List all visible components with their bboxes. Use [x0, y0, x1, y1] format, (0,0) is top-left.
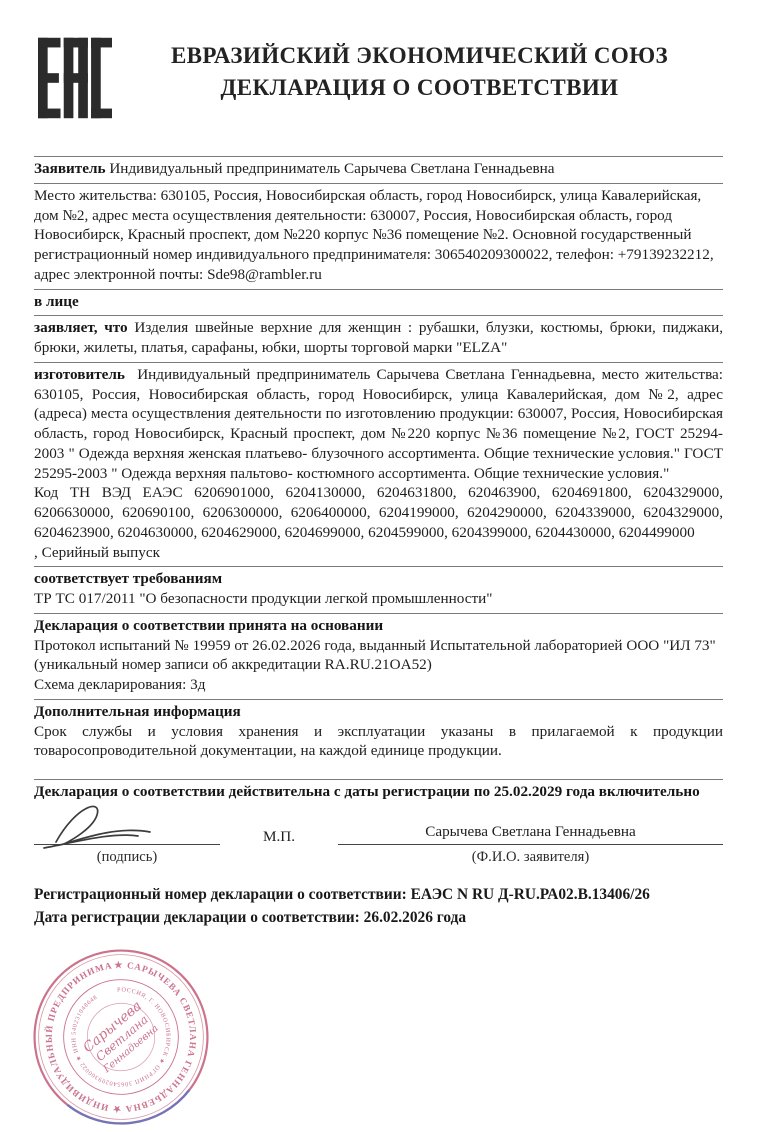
additional-label: Дополнительная информация [34, 703, 241, 720]
signature-line [34, 810, 220, 845]
reg-number-label: Регистрационный номер декларации о соотв… [34, 886, 407, 903]
additional-value: Срок службы и условия хранения и эксплуа… [34, 722, 723, 762]
basis-value: Протокол испытаний № 19959 от 26.02.2026… [34, 636, 723, 676]
declaration-page: ЕВРАЗИЙСКИЙ ЭКОНОМИЧЕСКИЙ СОЮЗ ДЕКЛАРАЦИ… [0, 0, 757, 929]
signer-name-caption: (Ф.И.О. заявителя) [338, 845, 723, 867]
declares-label: заявляет, что [34, 319, 128, 336]
manufacturer-label: изготовитель [34, 366, 125, 383]
complies-row: соответствует требованиям ТР ТС 017/2011… [34, 566, 723, 613]
signer-name-line: Сарычева Светлана Геннадьевна [338, 810, 723, 845]
applicant-value: Индивидуальный предприниматель Сарычева … [109, 160, 554, 177]
handwritten-signature-icon [42, 798, 192, 850]
title-declaration: ДЕКЛАРАЦИЯ О СООТВЕТСТВИИ [116, 72, 723, 104]
signature-block: (подпись) М.П. Сарычева Светлана Геннадь… [34, 810, 723, 867]
basis-label: Декларация о соответствии принята на осн… [34, 617, 383, 634]
applicant-row: Заявитель Индивидуальный предприниматель… [34, 156, 723, 183]
tn-ved-codes: Код ТН ВЭД ЕАЭС 6206901000, 6204130000, … [34, 483, 723, 542]
document-header: ЕВРАЗИЙСКИЙ ЭКОНОМИЧЕСКИЙ СОЮЗ ДЕКЛАРАЦИ… [34, 34, 723, 122]
manufacturer-value: Индивидуальный предприниматель Сарычева … [34, 366, 723, 482]
reg-number-line: Регистрационный номер декларации о соотв… [34, 883, 723, 906]
additional-info-row: Дополнительная информация Срок службы и … [34, 699, 723, 765]
complies-value: ТР ТС 017/2011 "О безопасности продукции… [34, 589, 723, 609]
spacer [34, 867, 723, 883]
stamp-place-label: М.П. [220, 827, 338, 867]
manufacturer-row: изготовитель Индивидуальный предпринимат… [34, 362, 723, 567]
in-person-label: в лице [34, 293, 79, 310]
declares-value: Изделия швейные верхние для женщин : руб… [34, 319, 723, 356]
page-title: ЕВРАЗИЙСКИЙ ЭКОНОМИЧЕСКИЙ СОЮЗ ДЕКЛАРАЦИ… [116, 34, 723, 104]
declares-row: заявляет, что Изделия швейные верхние дл… [34, 315, 723, 362]
basis-row: Декларация о соответствии принята на осн… [34, 613, 723, 699]
eac-logo-svg [38, 34, 112, 122]
reg-date-label: Дата регистрации декларации о соответств… [34, 909, 360, 926]
registration-footer: Регистрационный номер декларации о соотв… [34, 883, 723, 929]
signer-name: Сарычева Светлана Геннадьевна [338, 822, 723, 842]
document-body: Заявитель Индивидуальный предприниматель… [34, 156, 723, 929]
spacer [34, 765, 723, 779]
serial-release: , Серийный выпуск [34, 543, 723, 563]
reg-number-value: ЕАЭС N RU Д-RU.РА02.В.13406/26 [411, 886, 650, 903]
scheme-value: Схема декларирования: 3д [34, 675, 723, 695]
applicant-label: Заявитель [34, 160, 106, 177]
in-person-row: в лице [34, 289, 723, 316]
signature-area: (подпись) [34, 810, 220, 867]
complies-label: соответствует требованиям [34, 570, 222, 587]
round-stamp: ★ САРЫЧЕВА СВЕТЛАНА ГЕННАДЬЕВНА ★ ИНДИВИ… [20, 936, 223, 1132]
round-stamp-svg: ★ САРЫЧЕВА СВЕТЛАНА ГЕННАДЬЕВНА ★ ИНДИВИ… [20, 936, 223, 1132]
applicant-details-row: Место жительства: 630105, Россия, Новоси… [34, 183, 723, 289]
reg-date-line: Дата регистрации декларации о соответств… [34, 906, 723, 929]
signer-name-area: Сарычева Светлана Геннадьевна (Ф.И.О. за… [338, 810, 723, 867]
reg-date-value: 26.02.2026 года [364, 909, 466, 926]
applicant-details: Место жительства: 630105, Россия, Новоси… [34, 186, 723, 285]
title-union: ЕВРАЗИЙСКИЙ ЭКОНОМИЧЕСКИЙ СОЮЗ [116, 40, 723, 72]
eac-logo-icon [38, 34, 116, 122]
